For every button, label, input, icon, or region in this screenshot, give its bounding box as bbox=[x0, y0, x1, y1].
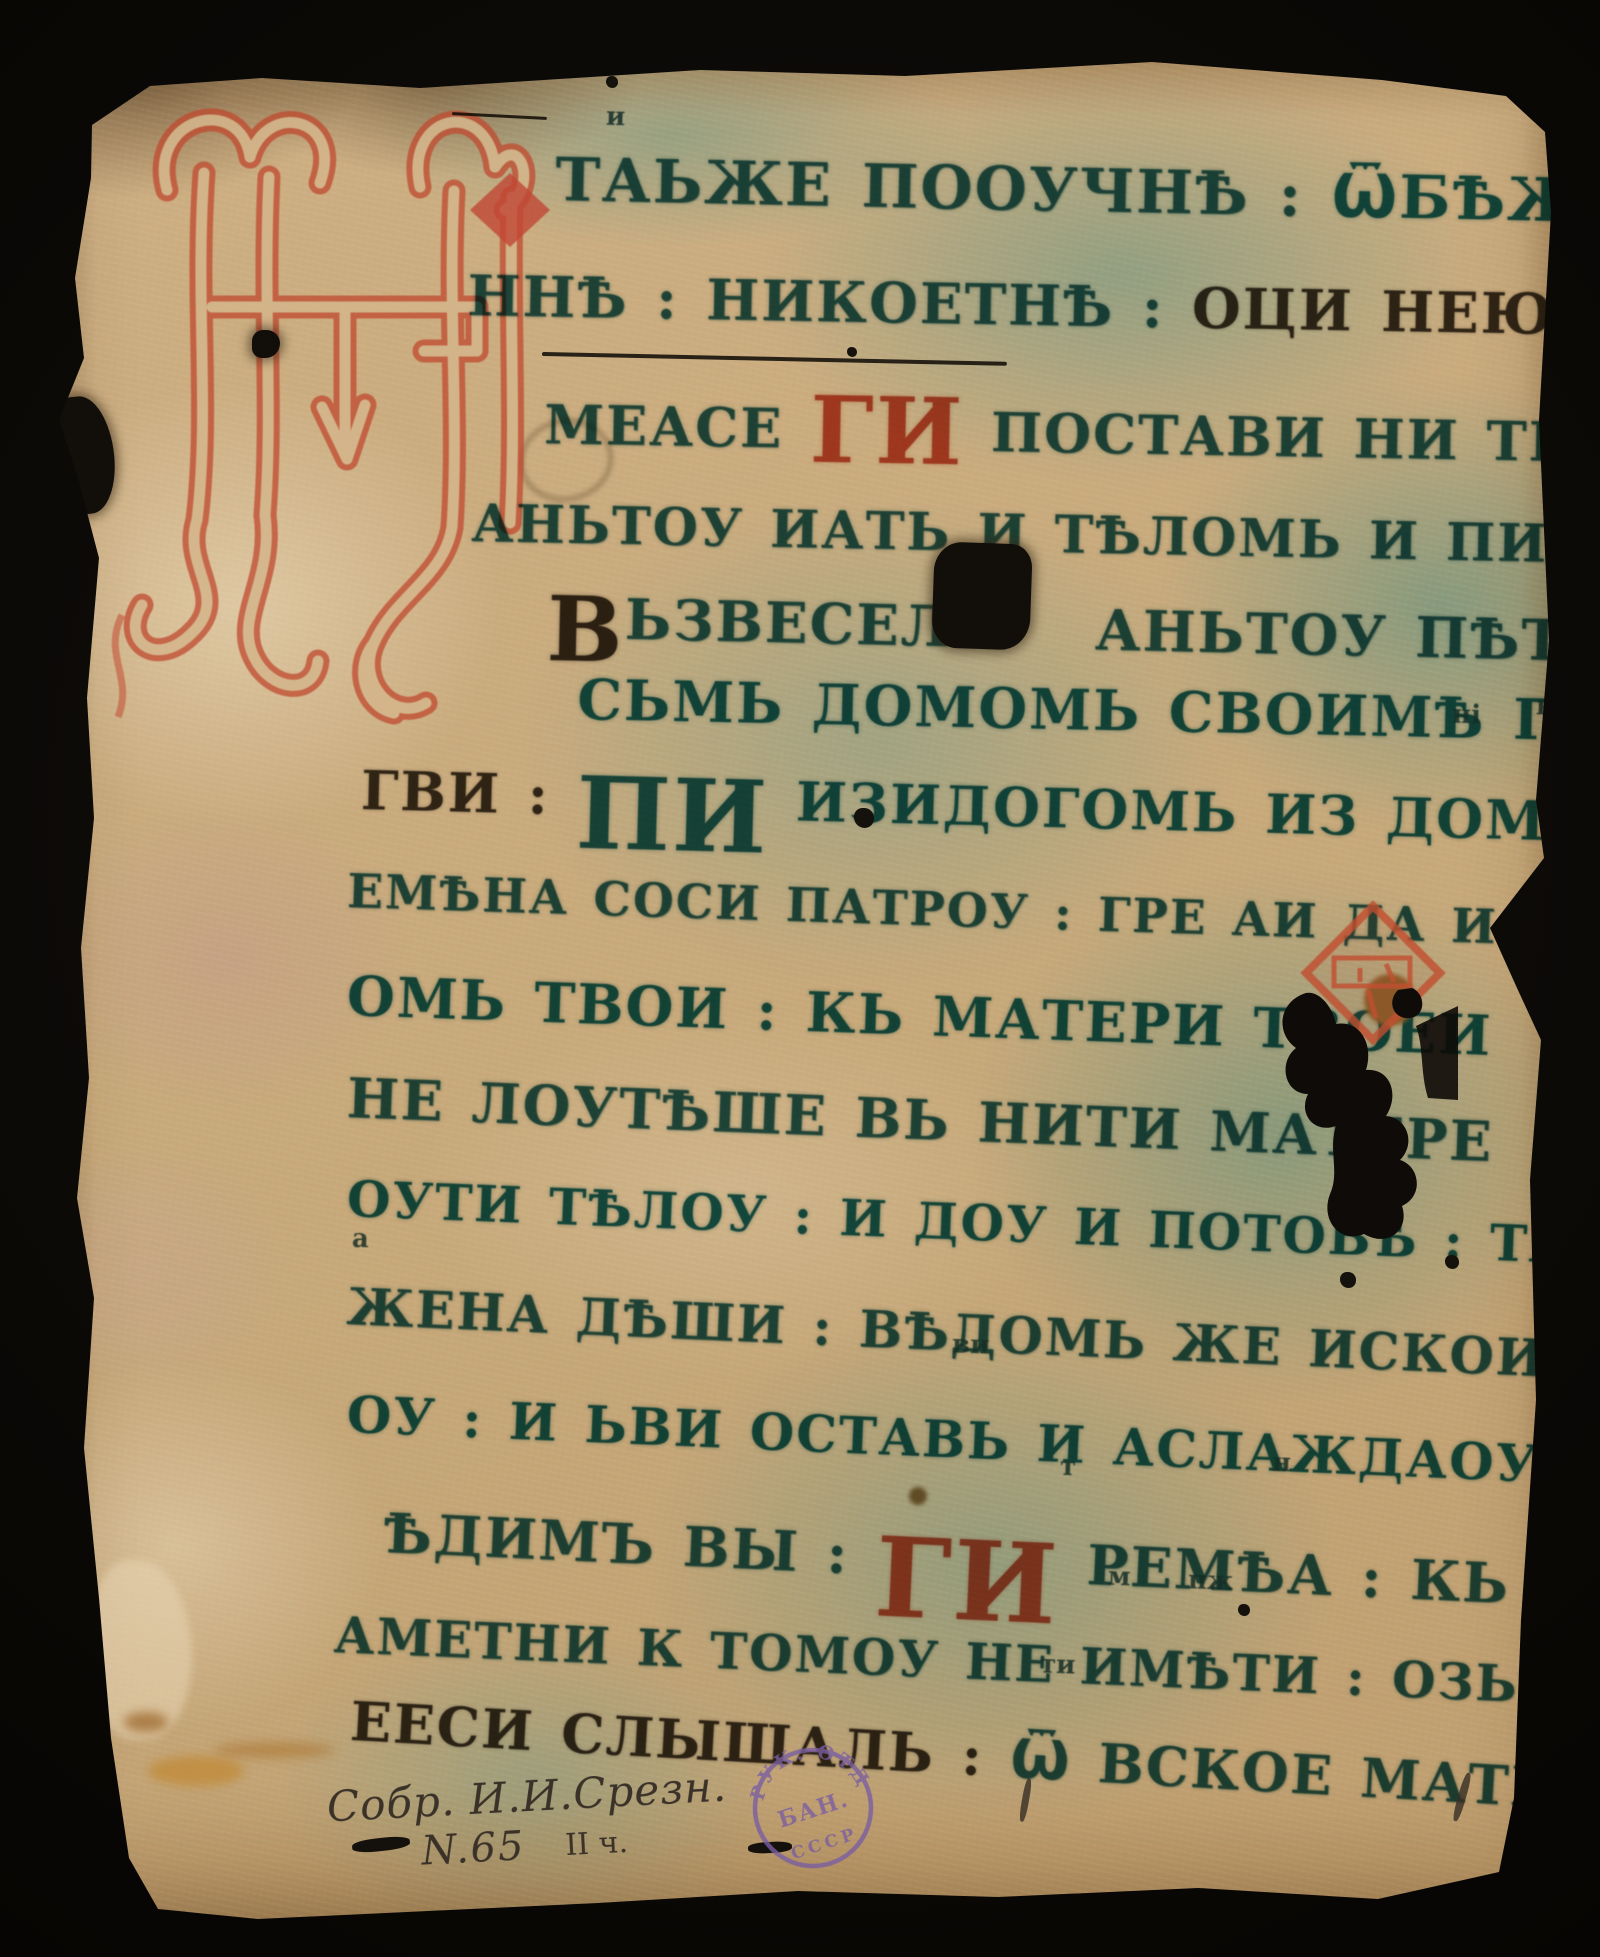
superscript-letter: ні bbox=[1451, 700, 1481, 731]
superscript-letter: а bbox=[351, 1224, 369, 1255]
text-segment: ГИ bbox=[809, 376, 965, 487]
text-segment: ОЦИ НЕЮ ЕП bbox=[1191, 276, 1600, 351]
text-segment: АНЬТОУ ИАТЬ И ТѢЛОМЬ И ПИЛОМ bbox=[471, 493, 1600, 578]
manuscript-text-line: АНЬТОУ ИАТЬ И ТѢЛОМЬ И ПИЛОМ bbox=[471, 498, 1600, 574]
text-segment: РЕМѢА : КЬ НЕМОУ bbox=[1058, 1531, 1600, 1629]
ink-spot bbox=[854, 808, 874, 828]
text-segment: ГВИ : bbox=[360, 758, 577, 828]
ink-spot bbox=[387, 67, 405, 85]
parchment-leaf: ТАЬЖЕ ПООУЧНѢ : ѾБѢЖЫ ЕРНННѢ : НИКОЕТНѢ … bbox=[0, 0, 1600, 1957]
manuscript-text-line: ННѢ : НИКОЕТНѢ : ОЦИ НЕЮ ЕП bbox=[467, 268, 1600, 345]
manuscript-text-line: ОУ : И ЬВИ ОСТАВЬ И АСЛАЖДАОУ Е bbox=[346, 1390, 1600, 1494]
stamp-bottom-text: СССР bbox=[789, 1824, 861, 1864]
text-segment: ПИ bbox=[575, 754, 771, 877]
stain-mark bbox=[148, 1756, 244, 1786]
superscript-letter: ви bbox=[951, 1329, 989, 1360]
superscript-letter: м bbox=[1107, 1562, 1131, 1593]
text-segment: ННѢ : НИКОЕТНѢ : bbox=[467, 263, 1193, 342]
stain-mark bbox=[214, 1742, 334, 1758]
collection-note-part: II ч. bbox=[564, 1825, 628, 1863]
superscript-letter: н bbox=[1271, 1448, 1291, 1479]
text-segment: ОУ : И ЬВИ ОСТАВЬ И АСЛАЖДАОУ Е bbox=[346, 1385, 1600, 1498]
brown-blot bbox=[909, 1487, 927, 1505]
manuscript-text-line: ТАЬЖЕ ПООУЧНѢ : ѾБѢЖЫ ЕРН bbox=[555, 150, 1600, 237]
ink-spot bbox=[1238, 1604, 1250, 1616]
manuscript-photo: ТАЬЖЕ ПООУЧНѢ : ѾБѢЖЫ ЕРНННѢ : НИКОЕТНѢ … bbox=[0, 0, 1600, 1957]
superscript-letter: и bbox=[605, 102, 625, 133]
parchment-hole bbox=[931, 541, 1033, 650]
text-segment: МЕАСЕ bbox=[544, 392, 811, 461]
ink-spot bbox=[606, 76, 618, 88]
ink-blot-cluster bbox=[1248, 982, 1458, 1282]
manuscript-text-line: МЕАСЕ ГИ ПОСТАВИ НИ ТРЕПЕ bbox=[543, 380, 1600, 492]
superscript-letter: т bbox=[1059, 1452, 1076, 1483]
superscript-letter: ню bbox=[1535, 691, 1582, 723]
text-segment: ѢДИМЪ ВЫ : bbox=[382, 1500, 878, 1587]
text-segment: Ѿ ВСКОЕ МАТЕРЕ bbox=[1009, 1726, 1600, 1825]
text-segment: ѾБѢЖЫ ЕРН bbox=[1331, 161, 1600, 242]
text-segment: ИЗИДОГОМЬ ИЗ ДОМОУ Е bbox=[768, 769, 1600, 858]
stain-mark bbox=[124, 1712, 168, 1732]
stamp-center-text: БАН. bbox=[775, 1786, 853, 1833]
text-segment: ПОСТАВИ НИ ТРЕПЕ bbox=[964, 400, 1600, 477]
superscript-letter: ти bbox=[1039, 1649, 1075, 1680]
text-segment: АНЬТОУ ПѢТ bbox=[1094, 597, 1565, 674]
superscript-letter: пж bbox=[1187, 1565, 1233, 1597]
rule-dot bbox=[847, 347, 857, 357]
text-segment: ТАЬЖЕ ПООУЧНѢ : bbox=[555, 145, 1333, 231]
